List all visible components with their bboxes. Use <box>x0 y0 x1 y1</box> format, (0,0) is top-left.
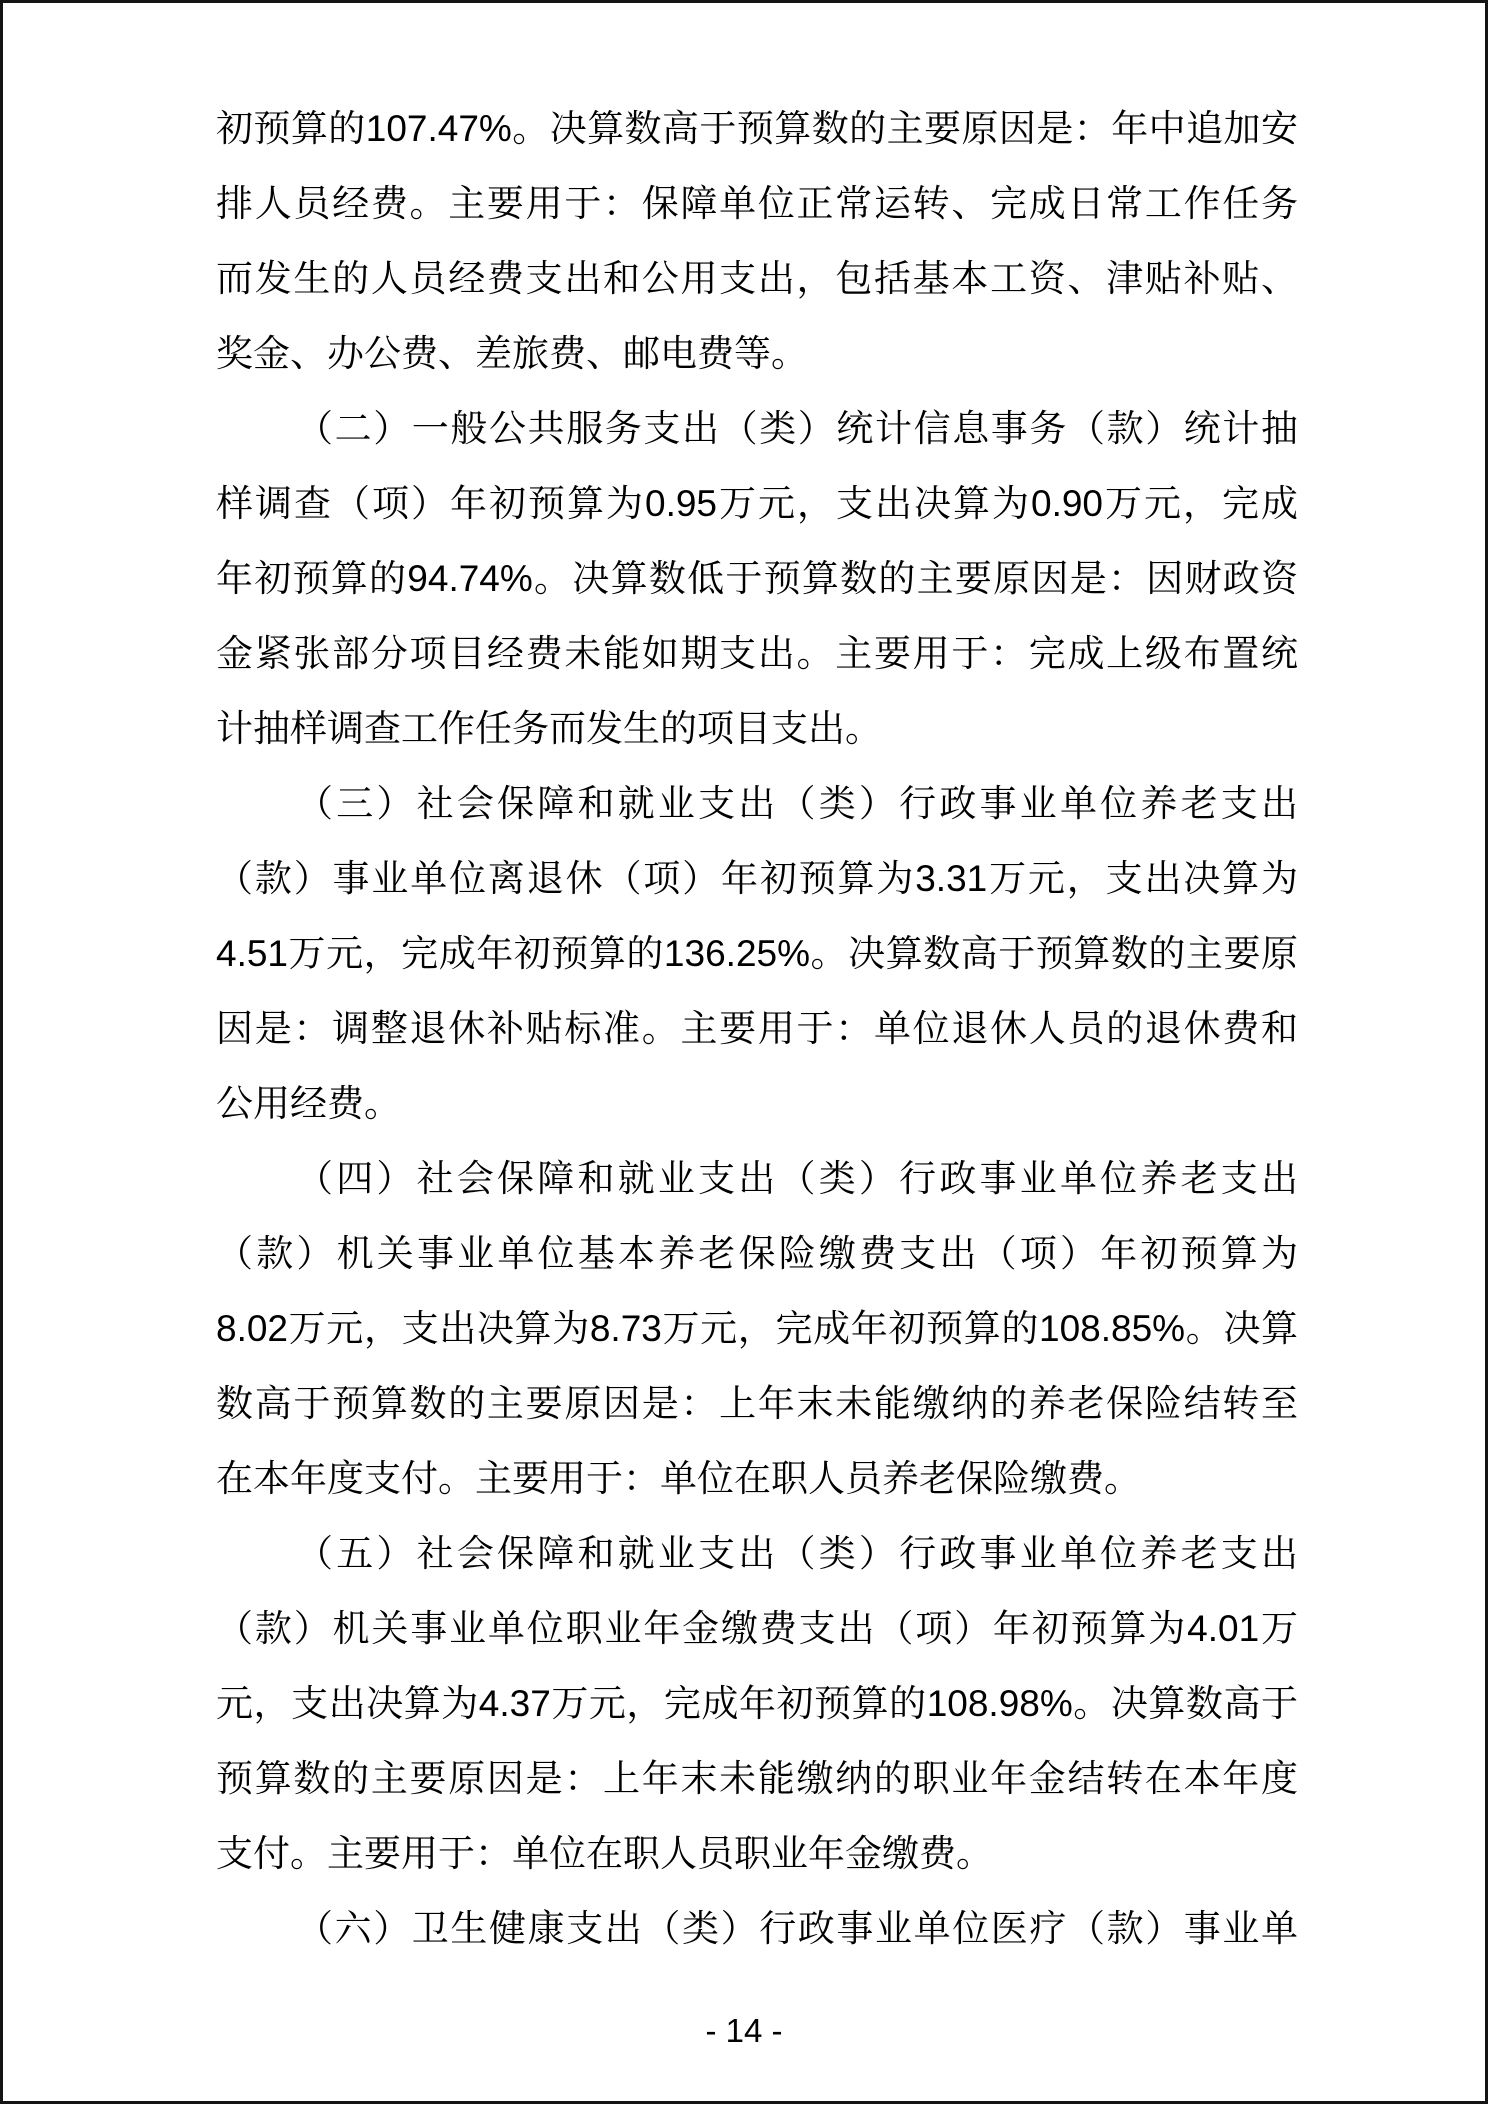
text-line: 计抽样调查工作任务而发生的项目支出。 <box>216 691 1298 766</box>
page-number: - 14 - <box>3 2011 1485 2051</box>
text-line: 年初预算的94.74%。决算数低于预算数的主要原因是：因财政资 <box>216 541 1298 616</box>
text-line: 因是：调整退休补贴标准。主要用于：单位退休人员的退休费和 <box>216 991 1298 1066</box>
text-line: 而发生的人员经费支出和公用支出，包括基本工资、津贴补贴、 <box>216 241 1298 316</box>
text-line: 初预算的107.47%。决算数高于预算数的主要原因是：年中追加安 <box>216 91 1298 166</box>
text-line: 样调查（项）年初预算为0.95万元，支出决算为0.90万元，完成 <box>216 466 1298 541</box>
text-line: （四）社会保障和就业支出（类）行政事业单位养老支出 <box>216 1141 1298 1216</box>
text-line: 公用经费。 <box>216 1066 1298 1141</box>
text-line: 元，支出决算为4.37万元，完成年初预算的108.98%。决算数高于 <box>216 1666 1298 1741</box>
text-line: （款）事业单位离退休（项）年初预算为3.31万元，支出决算为 <box>216 841 1298 916</box>
text-line: （款）机关事业单位基本养老保险缴费支出（项）年初预算为 <box>216 1216 1298 1291</box>
text-line: （款）机关事业单位职业年金缴费支出（项）年初预算为4.01万 <box>216 1591 1298 1666</box>
text-line: 8.02万元，支出决算为8.73万元，完成年初预算的108.85%。决算 <box>216 1291 1298 1366</box>
text-line: 预算数的主要原因是：上年末未能缴纳的职业年金结转在本年度 <box>216 1741 1298 1816</box>
text-line: 排人员经费。主要用于：保障单位正常运转、完成日常工作任务 <box>216 166 1298 241</box>
text-line: 支付。主要用于：单位在职人员职业年金缴费。 <box>216 1816 1298 1891</box>
text-line: 金紧张部分项目经费未能如期支出。主要用于：完成上级布置统 <box>216 616 1298 691</box>
text-line: 数高于预算数的主要原因是：上年末未能缴纳的养老保险结转至 <box>216 1366 1298 1441</box>
text-line: 在本年度支付。主要用于：单位在职人员养老保险缴费。 <box>216 1441 1298 1516</box>
text-line: （二）一般公共服务支出（类）统计信息事务（款）统计抽 <box>216 391 1298 466</box>
text-line: 4.51万元，完成年初预算的136.25%。决算数高于预算数的主要原 <box>216 916 1298 991</box>
document-page: 初预算的107.47%。决算数高于预算数的主要原因是：年中追加安 排人员经费。主… <box>0 0 1488 2104</box>
text-line: （五）社会保障和就业支出（类）行政事业单位养老支出 <box>216 1516 1298 1591</box>
text-line: （六）卫生健康支出（类）行政事业单位医疗（款）事业单 <box>216 1891 1298 1966</box>
text-line: （三）社会保障和就业支出（类）行政事业单位养老支出 <box>216 766 1298 841</box>
text-line: 奖金、办公费、差旅费、邮电费等。 <box>216 316 1298 391</box>
body-text-block: 初预算的107.47%。决算数高于预算数的主要原因是：年中追加安 排人员经费。主… <box>216 91 1298 1966</box>
